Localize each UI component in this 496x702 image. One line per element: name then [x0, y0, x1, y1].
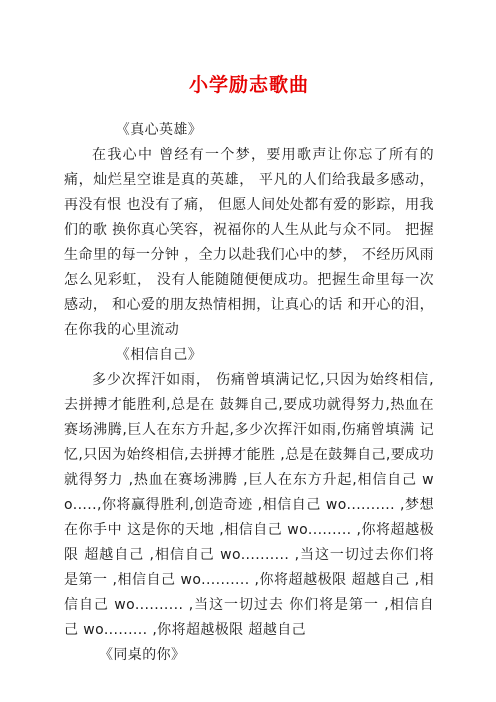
song-title-believe-in-yourself: 《相信自己》	[64, 343, 434, 368]
page-title: 小学励志歌曲	[64, 74, 434, 96]
lyrics-true-hero: 在我心中 曾经有一个梦，要用歌声让你忘了所有的痛，灿烂星空谁是真的英雄， 平凡的…	[64, 143, 434, 343]
lyrics-believe-in-yourself: 多少次挥汗如雨， 伤痛曾填满记忆,只因为始终相信,去拼搏才能胜利,总是在 鼓舞自…	[64, 368, 434, 643]
document-page: 小学励志歌曲 《真心英雄》 在我心中 曾经有一个梦，要用歌声让你忘了所有的痛，灿…	[0, 0, 496, 702]
song-title-true-hero: 《真心英雄》	[64, 118, 434, 143]
song-title-deskmate: 《同桌的你》	[64, 643, 434, 668]
